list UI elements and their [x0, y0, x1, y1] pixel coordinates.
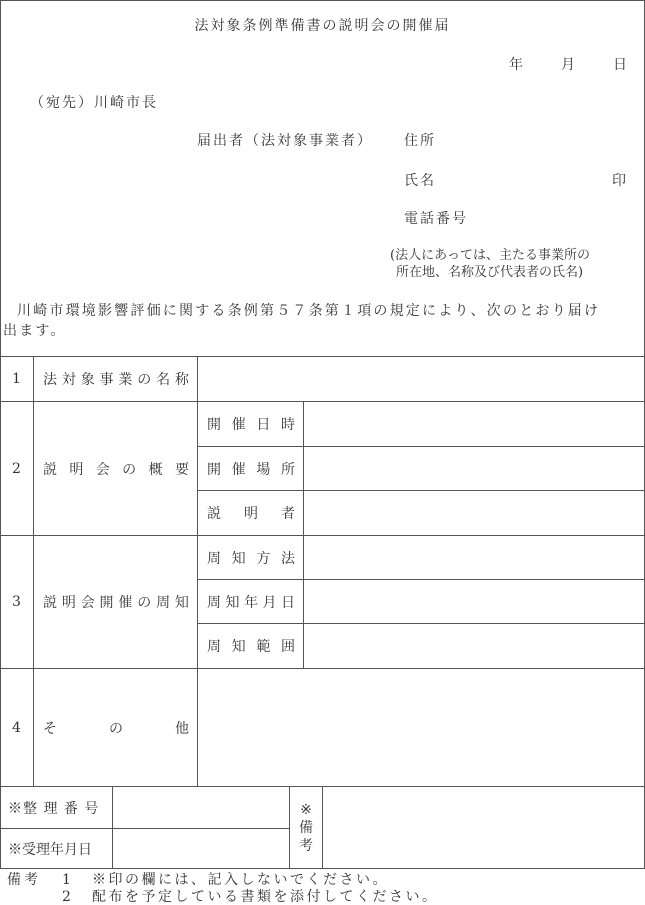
corporate-note-line1: (法人にあっては、主たる事業所の — [390, 248, 590, 264]
sub-label-meeting-datetime: 開催日時 — [207, 402, 295, 446]
meeting-datetime-field[interactable] — [304, 402, 644, 446]
row-number: 2 — [0, 402, 33, 535]
addressee: （宛先）川崎市長 — [30, 95, 158, 111]
address-label: 住所 — [404, 133, 436, 149]
filing-date: 年月日 — [471, 57, 627, 73]
row-number: 3 — [0, 536, 33, 668]
sub-label-notice-method: 周知方法 — [207, 536, 295, 579]
row-label-meeting-notice: 説明会開催の周知 — [43, 536, 189, 668]
notice-method-field[interactable] — [304, 536, 644, 579]
row-number: 4 — [0, 669, 33, 786]
notice-date-field[interactable] — [304, 580, 644, 623]
meeting-venue-field[interactable] — [304, 447, 644, 490]
notice-scope-field[interactable] — [304, 624, 644, 668]
note-number: 2 — [62, 889, 71, 905]
note-number: 1 — [62, 872, 71, 888]
sub-label-notice-scope: 周知範囲 — [207, 624, 295, 668]
sub-label-meeting-venue: 開催場所 — [207, 447, 295, 490]
remarks-label: ※備考 — [290, 787, 322, 868]
ref-number-field[interactable] — [113, 787, 289, 828]
intro-text-line2: 出ます。 — [3, 323, 67, 339]
presenter-field[interactable] — [304, 491, 644, 535]
name-label: 氏名 — [404, 173, 436, 189]
form-title: 法対象条例準備書の説明会の開催届 — [0, 18, 645, 34]
date-day-label: 日 — [613, 57, 627, 73]
corporate-note-line2: 所在地、名称及び代表者の氏名) — [396, 265, 583, 281]
row-label-meeting-overview: 説明会の概要 — [43, 402, 189, 535]
row-number: 1 — [0, 357, 33, 401]
note-text: 配布を予定している書類を添付してください。 — [92, 889, 439, 905]
note-text: ※印の欄には、記入しないでください。 — [92, 872, 389, 888]
row-label-project-name: 法対象事業の名称 — [43, 357, 189, 401]
sub-label-notice-date: 周知年月日 — [207, 580, 295, 623]
date-year-label: 年 — [509, 57, 523, 73]
intro-text-line1: 川崎市環境影響評価に関する条例第５７条第１項の規定により、次のとおり届け — [17, 303, 600, 319]
received-date-label: ※受理年月日 — [8, 829, 112, 868]
received-date-field[interactable] — [113, 829, 289, 868]
project-name-field[interactable] — [198, 357, 644, 401]
row-label-other: その他 — [43, 669, 189, 786]
sub-label-presenter: 説明者 — [207, 491, 295, 535]
table-border — [0, 868, 645, 869]
filer-label: 届出者（法対象事業者） — [197, 133, 373, 149]
notes-heading: 備考 — [7, 872, 41, 888]
date-month-label: 月 — [561, 57, 575, 73]
table-border — [33, 356, 34, 786]
remarks-field[interactable] — [323, 787, 644, 868]
other-field[interactable] — [198, 669, 644, 786]
phone-label: 電話番号 — [404, 211, 468, 227]
seal-mark: 印 — [612, 173, 626, 189]
ref-number-label: ※整 理 番 号 — [8, 787, 112, 828]
